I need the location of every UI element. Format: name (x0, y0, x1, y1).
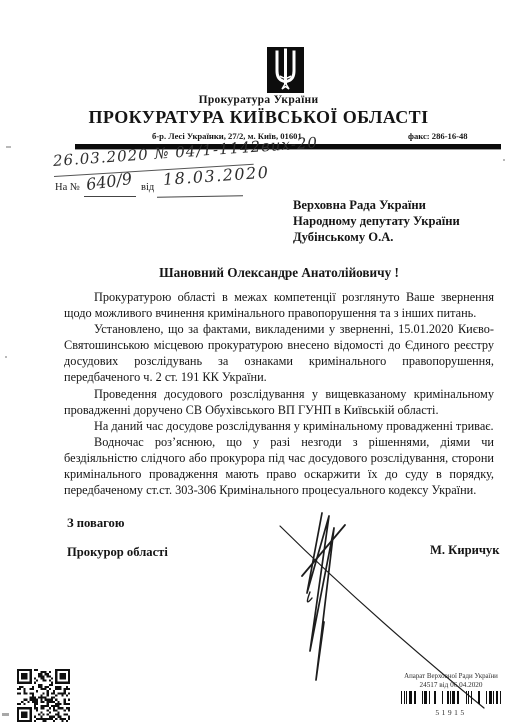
stamp-org-line: Апарат Верховної Ради України (388, 673, 514, 681)
paragraph: Установлено, що за фактами, викладеними … (64, 321, 494, 385)
paragraph: Проведення досудового розслідування у ви… (64, 386, 494, 418)
scan-noise (6, 146, 11, 148)
paragraph: Прокуратурою області в межах компетенції… (64, 289, 494, 321)
org-name-small: Прокуратура України (0, 94, 517, 106)
org-fax: факс: 286-16-48 (408, 131, 468, 141)
recipient-line: Народному депутату України (293, 213, 460, 229)
closing-regards: З повагою (67, 516, 124, 531)
signer-position: Прокурор області (67, 545, 168, 560)
ukraine-trident-emblem-icon (267, 47, 304, 93)
recipient-line: Дубінському О.А. (293, 229, 460, 245)
scan-noise (2, 713, 9, 716)
scanned-letter-page: Прокуратура України ПРОКУРАТУРА КИЇВСЬКО… (0, 0, 517, 725)
incoming-date-handwritten: 18.03.2020 (162, 163, 270, 189)
recipient-line: Верховна Рада України (293, 197, 460, 213)
incoming-no-label: На № (55, 182, 80, 193)
incoming-date-underline (157, 195, 243, 198)
incoming-number-underline (84, 196, 136, 197)
parliament-intake-stamp: Апарат Верховної Ради України 24517 від … (388, 673, 514, 717)
qr-code (17, 669, 70, 722)
barcode (401, 691, 501, 704)
scan-noise (5, 356, 7, 358)
salutation: Шановний Олександре Анатолійовичу ! (64, 265, 494, 281)
org-name-title: ПРОКУРАТУРА КИЇВСЬКОЇ ОБЛАСТІ (0, 107, 517, 128)
paragraph: На даний час досудове розслідування у кр… (64, 418, 494, 434)
scan-noise (503, 159, 505, 161)
recipient-block: Верховна Рада України Народному депутату… (293, 197, 460, 246)
incoming-date-label: від (141, 182, 154, 193)
letter-body: Прокуратурою області в межах компетенції… (64, 289, 494, 498)
stamp-number-date: 24517 від 06.04.2020 (388, 681, 514, 690)
barcode-number: 51915 (388, 709, 514, 717)
